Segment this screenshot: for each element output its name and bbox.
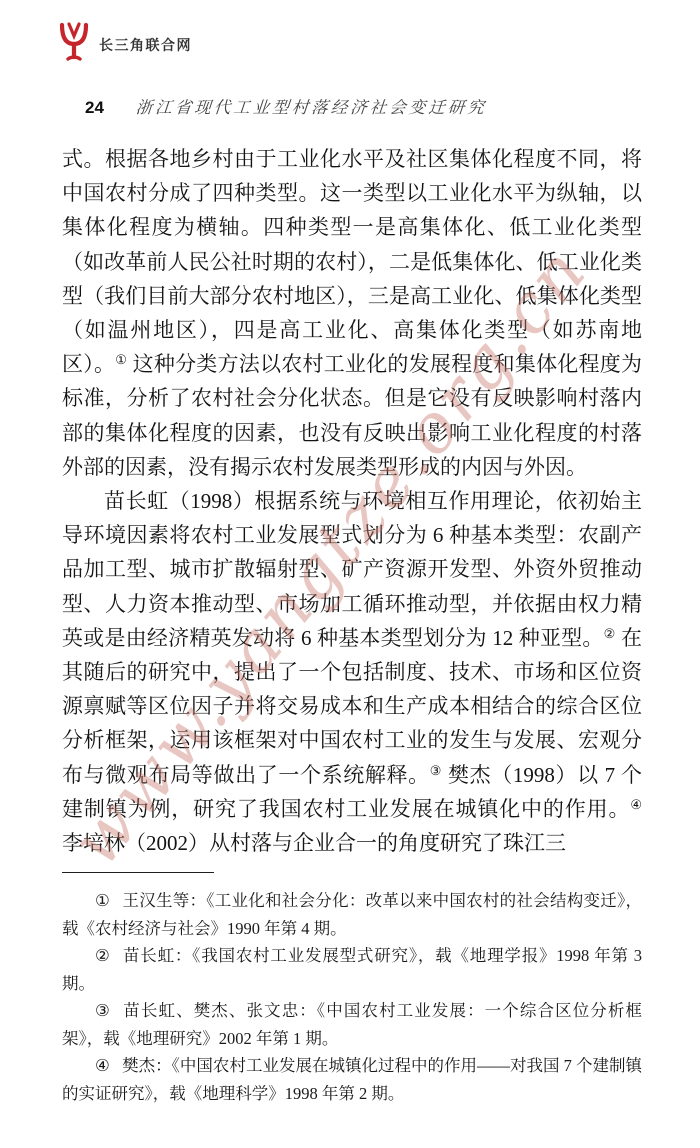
- footnote: ③苗长虹、樊杰、张文忠：《中国农村工业发展：一个综合区位分析框架》，载《地理研究…: [62, 997, 642, 1052]
- footnote-marker: ③: [95, 1001, 111, 1020]
- footnote: ④樊杰：《中国农村工业发展在城镇化过程中的作用——对我国 7 个建制镇的实证研究…: [62, 1052, 642, 1107]
- yangtze-delta-logo-icon: [58, 22, 90, 62]
- site-logo: 长三角联合网: [58, 22, 192, 62]
- footnote-marker: ④: [95, 1056, 110, 1075]
- footnote-marker: ②: [95, 946, 111, 965]
- running-head: 24 浙江省现代工业型村落经济社会变迁研究: [85, 94, 487, 118]
- footnote: ①王汉生等：《工业化和社会分化：改革以来中国农村的社会结构变迁》，载《农村经济与…: [62, 887, 642, 942]
- footnote-reference: ②: [604, 626, 616, 641]
- footnote-reference: ④: [630, 797, 642, 812]
- footnote-separator: [62, 872, 214, 873]
- body-paragraph: 式。根据各地乡村由于工业化水平及社区集体化程度不同，将中国农村分成了四种类型。这…: [62, 142, 642, 484]
- scanned-book-page: { "logo": { "icon": "yangtze-delta-psi-e…: [0, 0, 700, 1148]
- footnotes-block: ①王汉生等：《工业化和社会分化：改革以来中国农村的社会结构变迁》，载《农村经济与…: [62, 887, 642, 1107]
- logo-text: 长三角联合网: [99, 29, 192, 55]
- footnote: ②苗长虹：《我国农村工业发展型式研究》，载《地理学报》1998 年第 3 期。: [62, 942, 642, 997]
- page-content: 式。根据各地乡村由于工业化水平及社区集体化程度不同，将中国农村分成了四种类型。这…: [62, 142, 642, 1107]
- body-paragraph: 苗长虹（1998）根据系统与环境相互作用理论，依初始主导环境因素将农村工业发展型…: [62, 484, 642, 860]
- page-number: 24: [85, 98, 104, 118]
- footnote-marker: ①: [95, 891, 110, 910]
- footnote-reference: ③: [430, 763, 442, 778]
- running-title: 浙江省现代工业型村落经济社会变迁研究: [135, 94, 488, 118]
- footnote-reference: ①: [115, 352, 127, 367]
- body-text: 式。根据各地乡村由于工业化水平及社区集体化程度不同，将中国农村分成了四种类型。这…: [62, 142, 642, 860]
